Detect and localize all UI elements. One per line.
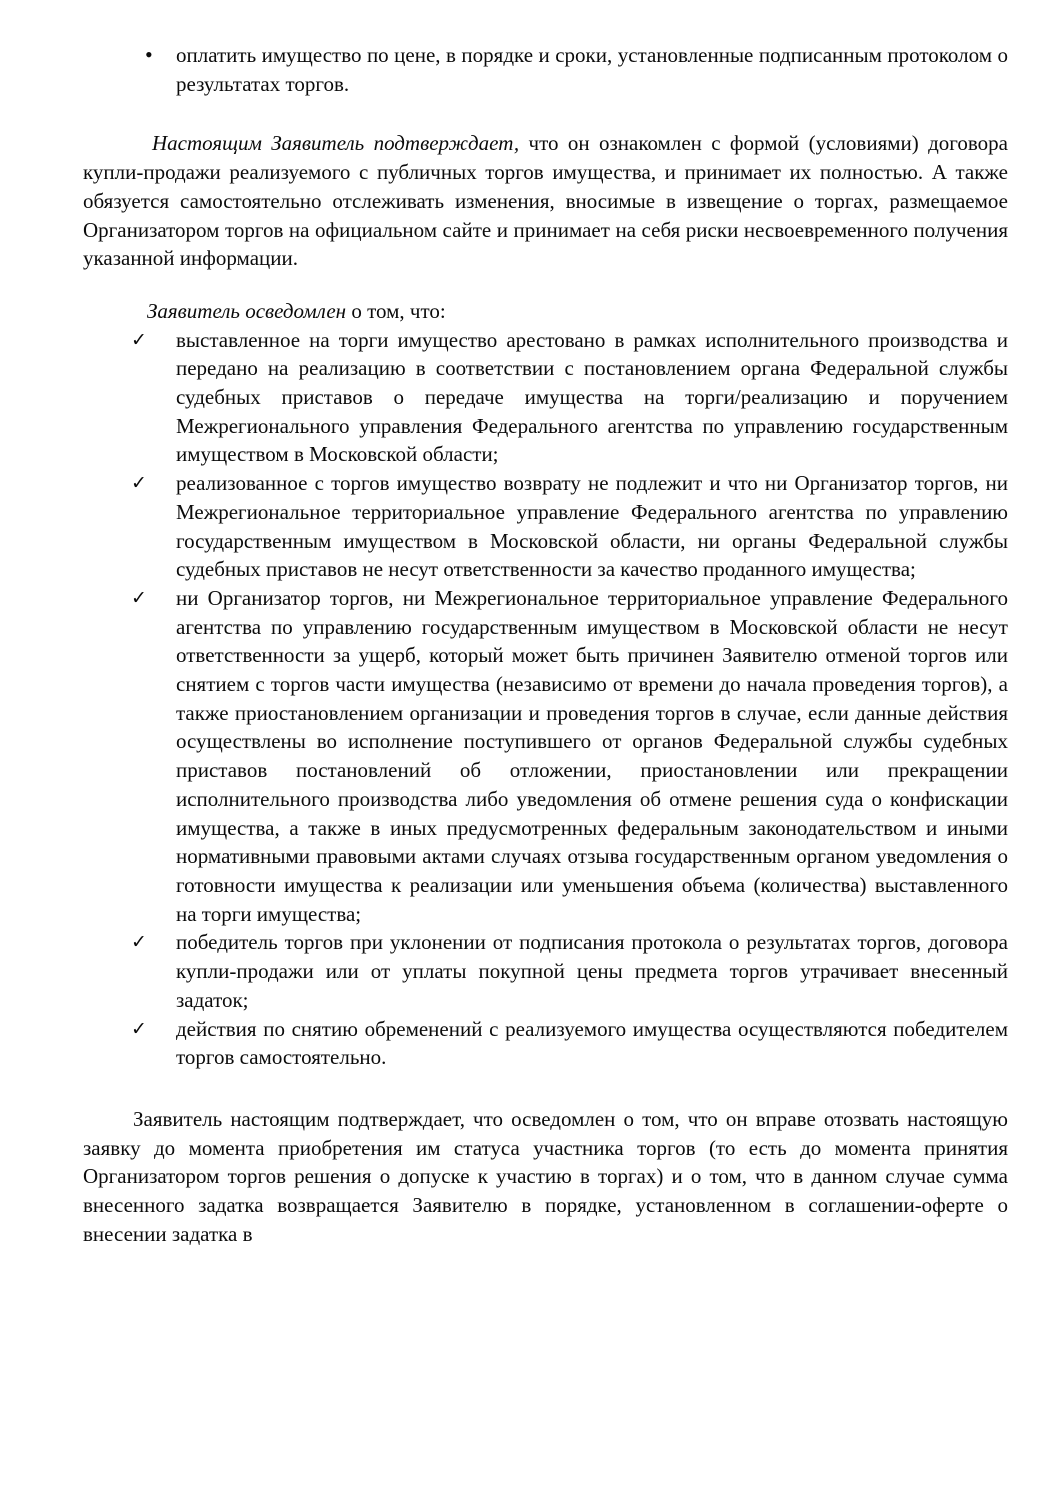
- paragraph-confirmation-lead: Настоящим Заявитель подтверждает,: [152, 131, 519, 155]
- checkmark-icon: ✓: [131, 584, 147, 613]
- checkmark-icon: ✓: [131, 469, 147, 498]
- bullet-item: • оплатить имущество по цене, в порядке …: [83, 41, 1008, 98]
- check-list-item-text: выставленное на торги имущество арестова…: [176, 328, 1008, 467]
- check-list-item-text: реализованное с торгов имущество возврат…: [176, 471, 1008, 581]
- check-list-item: ✓ действия по снятию обременений с реали…: [83, 1015, 1008, 1072]
- check-list-item: ✓ ни Организатор торгов, ни Межрегиональ…: [83, 584, 1008, 928]
- check-list-item: ✓ выставленное на торги имущество аресто…: [83, 326, 1008, 470]
- check-list-item-text: действия по снятию обременений с реализу…: [176, 1017, 1008, 1070]
- check-list-item: ✓ победитель торгов при уклонении от под…: [83, 928, 1008, 1014]
- check-list-item-text: ни Организатор торгов, ни Межрегионально…: [176, 586, 1008, 926]
- check-list-item-text: победитель торгов при уклонении от подпи…: [176, 930, 1008, 1011]
- bullet-icon: •: [145, 41, 153, 70]
- paragraph-awareness-body: о том, что:: [346, 299, 446, 323]
- checkmark-icon: ✓: [131, 326, 147, 355]
- check-list-item: ✓ реализованное с торгов имущество возвр…: [83, 469, 1008, 584]
- checkmark-icon: ✓: [131, 1015, 147, 1044]
- paragraph-confirmation: Настоящим Заявитель подтверждает, что он…: [83, 129, 1008, 273]
- document-page: • оплатить имущество по цене, в порядке …: [0, 0, 1061, 1500]
- paragraph-awareness-lead: Заявитель осведомлен: [147, 299, 346, 323]
- paragraph-awareness-heading: Заявитель осведомлен о том, что:: [83, 297, 1008, 326]
- bullet-item-text: оплатить имущество по цене, в порядке и …: [176, 43, 1008, 96]
- document-body: • оплатить имущество по цене, в порядке …: [83, 41, 1008, 1248]
- checkmark-icon: ✓: [131, 928, 147, 957]
- paragraph-withdrawal: Заявитель настоящим подтверждает, что ос…: [83, 1105, 1008, 1249]
- check-list: ✓ выставленное на торги имущество аресто…: [83, 326, 1008, 1072]
